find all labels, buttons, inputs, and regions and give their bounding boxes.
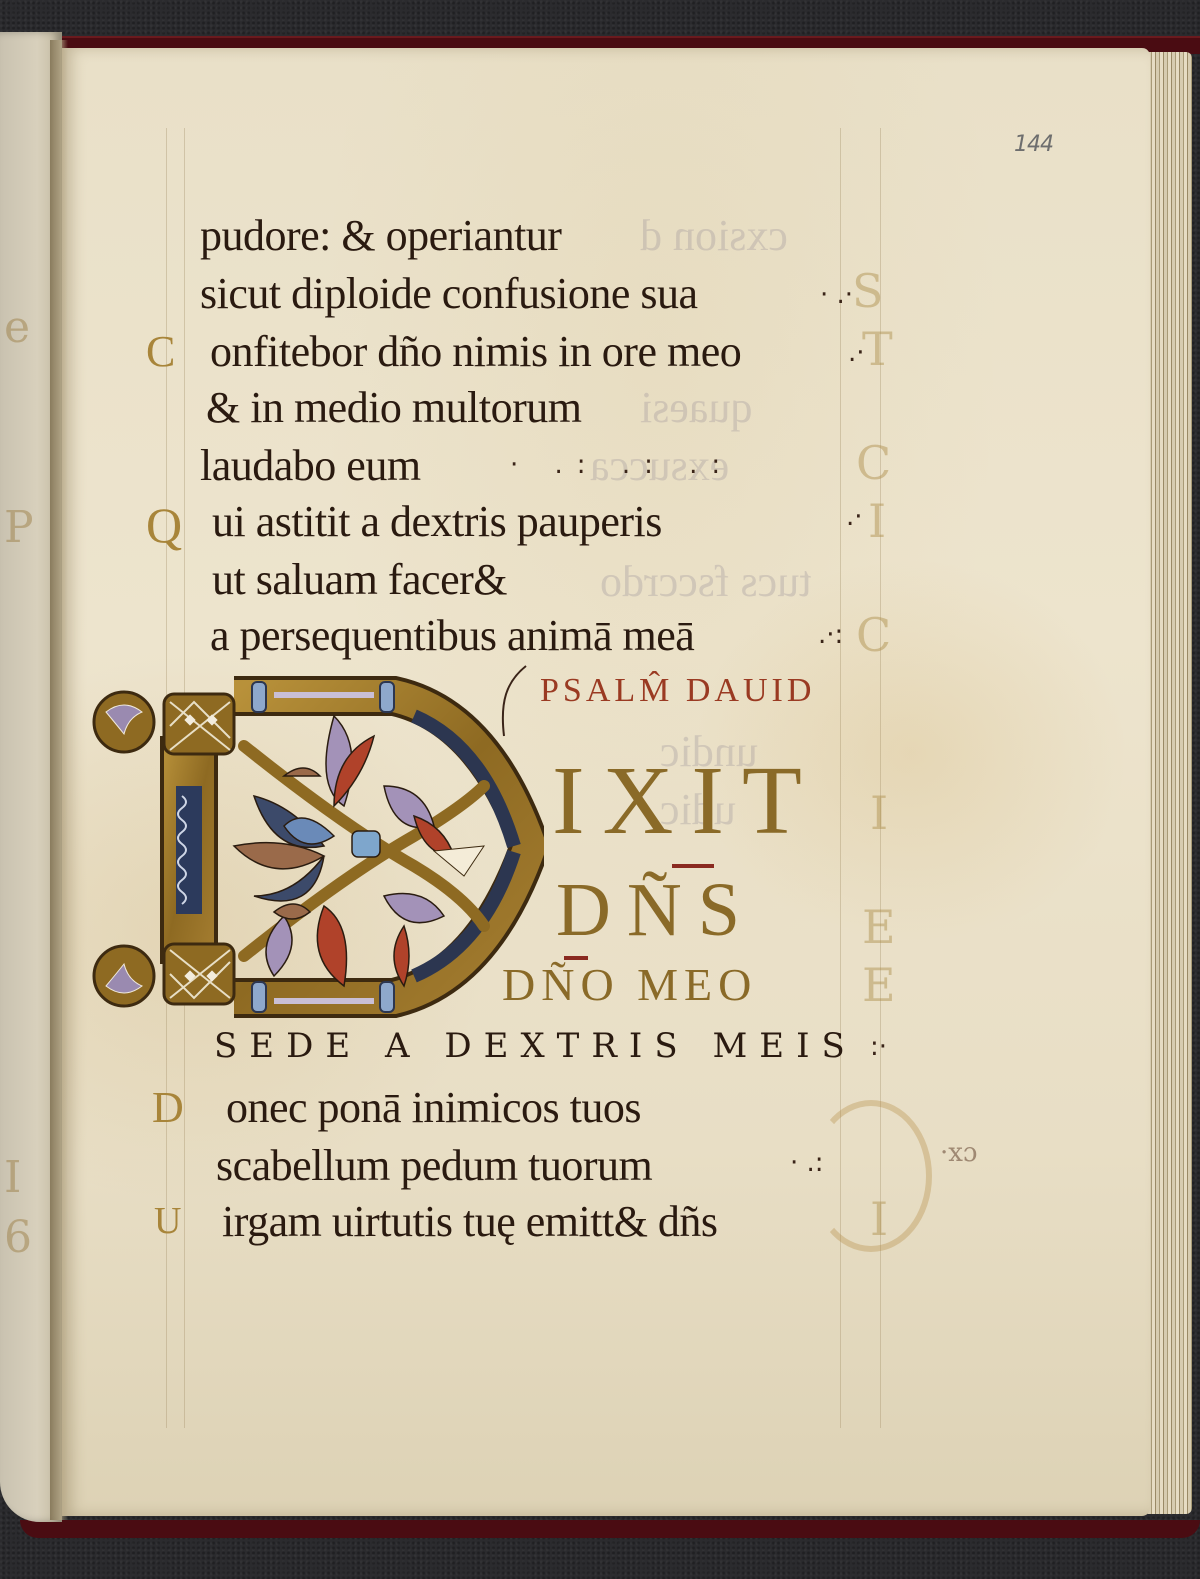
text-line: ut saluam facer& <box>212 558 507 602</box>
left-ghost-letter: P <box>4 502 34 553</box>
text-line: scabellum pedum tuorum <box>216 1144 652 1188</box>
display-capitals-line-3: DÑO MEO <box>502 962 757 1008</box>
folio-number: 144 <box>1014 132 1053 157</box>
show-through-capital: S <box>852 268 884 314</box>
show-through-capital: I <box>868 498 886 544</box>
show-through-text: quaesi <box>640 386 752 430</box>
display-capitals-line-2: DÑS <box>556 872 756 948</box>
text-line: a persequentibus animā meā <box>210 614 694 658</box>
punctuation-marks: · .· <box>820 282 853 308</box>
show-through-capital: C <box>856 612 891 658</box>
capitals-text-line: SEDE A DEXTRIS MEIS <box>214 1026 857 1066</box>
left-ghost-letter: 6 <box>4 1212 32 1263</box>
text-line: onfitebor dño nimis in ore meo <box>210 330 741 374</box>
gold-initial: U <box>154 1202 181 1240</box>
punctuation-marks: · .: <box>790 1150 824 1176</box>
text-line: & in medio multorum <box>206 386 581 430</box>
show-through-capital: T <box>862 326 893 372</box>
text-line: sicut diploide confusione sua <box>200 272 698 316</box>
water-stain <box>810 1100 932 1252</box>
punctuation-marks: :· <box>870 1034 887 1060</box>
show-through-text: tucs fsccrdo <box>600 560 811 604</box>
show-through-capital: C <box>856 440 891 486</box>
show-through-capital: E <box>862 904 896 950</box>
show-through-text: cxsion d <box>640 214 788 258</box>
psalm-rubric: PSALM̂ DAUID <box>540 672 815 710</box>
display-capitals-line-1: IXIT <box>552 752 820 850</box>
gutter-shadow <box>50 40 68 1520</box>
punctuation-marks: .·: <box>818 622 843 648</box>
text-line: irgam uirtutis tuę emitt& dñs <box>222 1200 718 1244</box>
text-line: pudore: & operiantur <box>200 214 561 258</box>
binding-bottom-edge <box>20 1520 1200 1538</box>
left-ghost-letter: I <box>4 1152 21 1203</box>
show-through-capital: E <box>862 962 896 1008</box>
margin-note: ·xɔ <box>940 1138 978 1168</box>
left-ghost-letter: e <box>4 302 30 353</box>
punctuation-marks: .· <box>848 340 865 366</box>
illuminated-initial-d <box>84 676 544 1024</box>
text-line: ui astitit a dextris pauperis <box>212 500 662 544</box>
punctuation-marks: · .: .: .: <box>510 452 734 478</box>
punctuation-marks: .· <box>846 504 863 530</box>
text-line: laudabo eum <box>200 444 421 488</box>
gold-initial: D <box>152 1086 184 1130</box>
gold-initial: C <box>146 330 175 374</box>
text-line: onec ponā inimicos tuos <box>226 1086 641 1130</box>
gold-initial: Q <box>146 500 182 550</box>
show-through-capital: I <box>870 790 888 836</box>
